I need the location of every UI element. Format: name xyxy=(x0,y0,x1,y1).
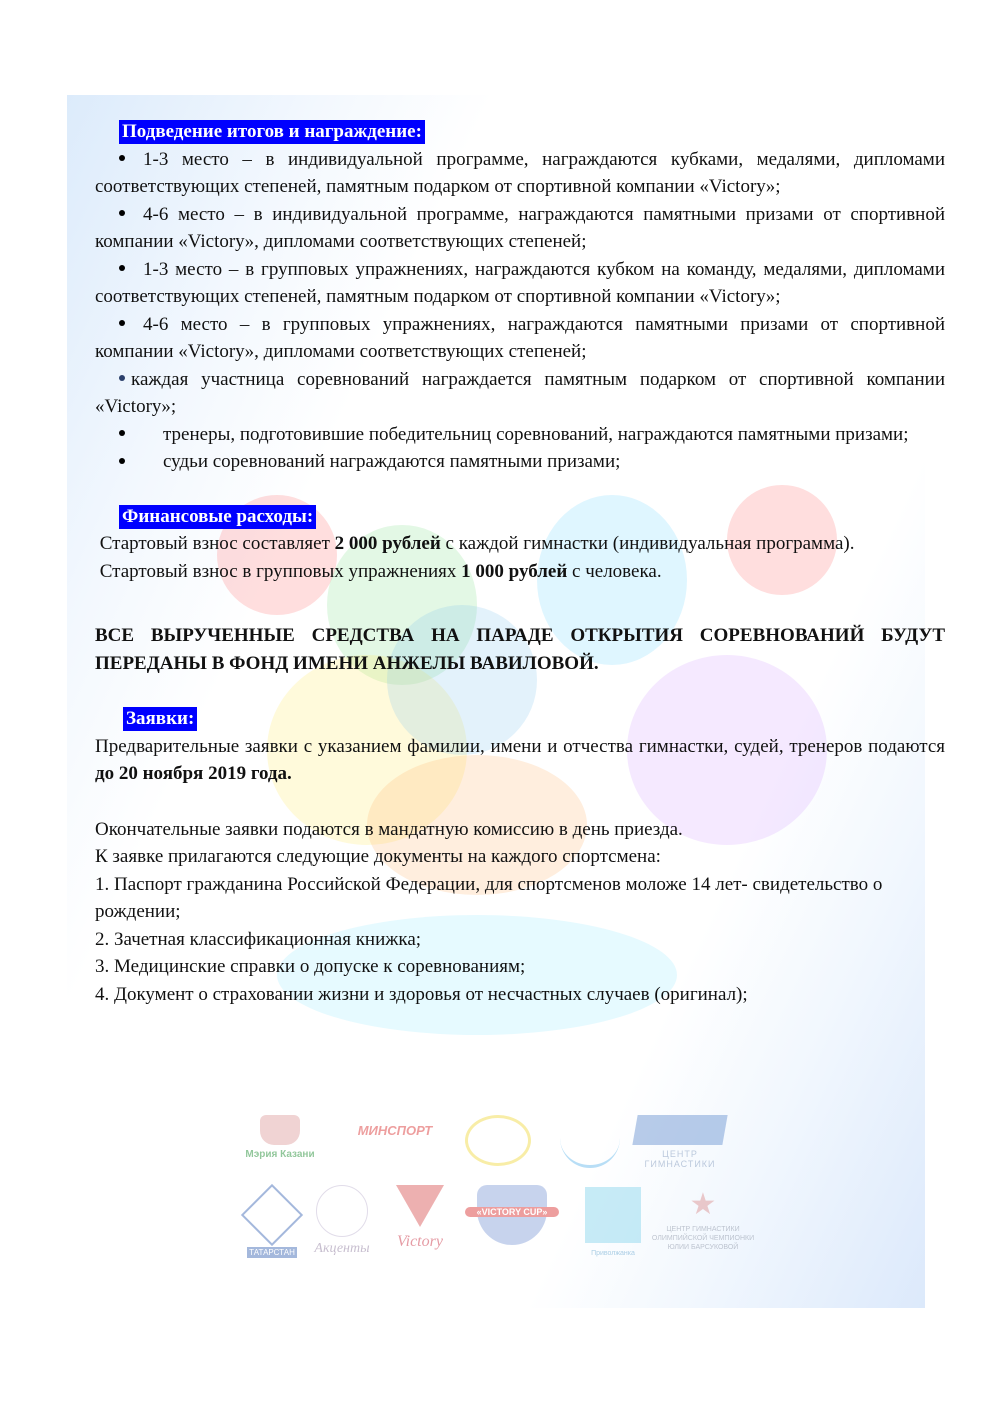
bullet-icon xyxy=(119,375,125,381)
logo-barsukova-center: ★ ЦЕНТР ГИМНАСТИКИ ОЛИМПИЙСКОЙ ЧЕМПИОНКИ… xyxy=(648,1185,758,1252)
award-item: 1-3 место – в индивидуальной программе, … xyxy=(95,146,945,201)
logo-gymnast-emblem xyxy=(560,1115,620,1168)
logo-kazan-mayor: Мэрия Казани xyxy=(240,1115,320,1160)
final-applications: Окончательные заявки подаются в мандатну… xyxy=(95,816,945,844)
bullet-icon xyxy=(119,458,125,464)
charity-announcement: ВСЕ ВЫРУЧЕННЫЕ СРЕДСТВА НА ПАРАДЕ ОТКРЫТ… xyxy=(95,622,945,677)
fee-individual: Стартовый взнос составляет 2 000 рублей … xyxy=(95,530,945,558)
logo-victory-cup: «VICTORY CUP» xyxy=(462,1185,562,1245)
heading-applications: Заявки: xyxy=(123,707,197,731)
preliminary-applications: Предварительные заявки с указанием фамил… xyxy=(95,733,945,788)
bullet-icon xyxy=(119,155,125,161)
heading-awards: Подведение итогов и награждение: xyxy=(119,120,425,144)
award-item: 4-6 место – в индивидуальной программе, … xyxy=(95,201,945,256)
bullet-icon xyxy=(119,430,125,436)
bullet-icon xyxy=(119,265,125,271)
logo-akcenty: Акценты xyxy=(302,1185,382,1257)
document-item: 3. Медицинские справки о допуске к сорев… xyxy=(95,953,945,981)
logo-privolzhanka: Приволжанка xyxy=(582,1187,644,1257)
document-item: 2. Зачетная классификационная книжка; xyxy=(95,926,945,954)
logo-yellow-emblem xyxy=(465,1115,531,1166)
document-body: Подведение итогов и награждение: 1-3 мес… xyxy=(95,118,945,1008)
document-item: 1. Паспорт гражданина Российской Федерац… xyxy=(95,871,900,926)
award-item: 4-6 место – в групповых упражнениях, наг… xyxy=(95,311,945,366)
logo-minsport: МИНСПОРТ xyxy=(340,1123,450,1138)
sponsor-logos: Мэрия Казани МИНСПОРТ ЦЕНТР ГИМНАСТИКИ Т… xyxy=(230,1115,770,1265)
heading-finance: Финансовые расходы: xyxy=(119,505,316,529)
logo-victory: Victory xyxy=(390,1185,450,1251)
bullet-icon xyxy=(119,210,125,216)
document-item: 4. Документ о страховании жизни и здоров… xyxy=(95,981,945,1009)
award-item: судьи соревнований награждаются памятным… xyxy=(95,448,945,476)
award-item: каждая участница соревнований награждает… xyxy=(95,366,945,421)
documents-intro: К заявке прилагаются следующие документы… xyxy=(95,843,945,871)
award-item: 1-3 место – в групповых упражнениях, наг… xyxy=(95,256,945,311)
logo-dynamo: ТАТАРСТАН xyxy=(242,1187,302,1257)
award-item: тренеры, подготовившие победительниц сор… xyxy=(95,421,945,449)
logo-gymnastics-center: ЦЕНТР ГИМНАСТИКИ xyxy=(630,1115,730,1169)
bullet-icon xyxy=(119,320,125,326)
fee-group: Стартовый взнос в групповых упражнениях … xyxy=(95,558,945,586)
